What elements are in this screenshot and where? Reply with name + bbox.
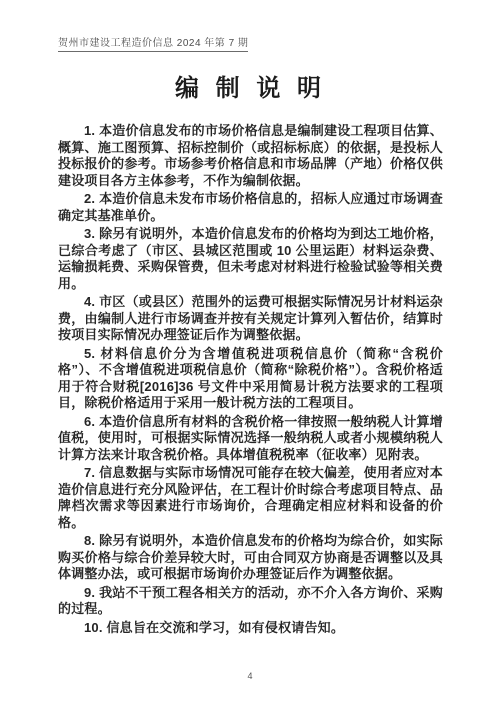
document-page: 贺州市建设工程造价信息 2024 年第 7 期 编 制 说 明 1. 本造价信息… <box>0 0 500 707</box>
paragraph-8: 8. 除另有说明外，本造价信息发布的价格均为综合价，如实际购买价格与综合价差异较… <box>58 533 443 583</box>
paragraph-10: 10. 信息旨在交流和学习，如有侵权请告知。 <box>58 620 443 637</box>
paragraph-2: 2. 本造价信息未发布市场价格信息的，招标人应通过市场调查确定其基准单价。 <box>58 191 443 224</box>
paragraph-9: 9. 我站不干预工程各相关方的活动，亦不介入各方询价、采购的过程。 <box>58 585 443 618</box>
page-number: 4 <box>0 671 500 681</box>
page-title: 编 制 说 明 <box>58 68 443 103</box>
paragraph-4: 4. 市区（或县区）范围外的运费可根据实际情况另计材料运杂费，由编制人进行市场调… <box>58 294 443 344</box>
document-body: 1. 本造价信息发布的市场价格信息是编制建设工程项目估算、概算、施工图预算、招标… <box>58 123 443 636</box>
paragraph-1: 1. 本造价信息发布的市场价格信息是编制建设工程项目估算、概算、施工图预算、招标… <box>58 123 443 189</box>
running-header-row: 贺州市建设工程造价信息 2024 年第 7 期 <box>58 33 443 52</box>
paragraph-7: 7. 信息数据与实际市场情况可能存在较大偏差，使用者应对本造价信息进行充分风险评… <box>58 465 443 531</box>
paragraph-5: 5. 材料信息价分为含增值税进项税信息价（简称“含税价格”）、不含增值税进项税信… <box>58 346 443 412</box>
running-header: 贺州市建设工程造价信息 2024 年第 7 期 <box>58 34 248 52</box>
paragraph-3: 3. 除另有说明外，本造价信息发布的价格均为到达工地价格，已综合考虑了（市区、县… <box>58 226 443 292</box>
paragraph-6: 6. 本造价信息所有材料的含税价格一律按照一般纳税人计算增值税，使用时，可根据实… <box>58 414 443 464</box>
